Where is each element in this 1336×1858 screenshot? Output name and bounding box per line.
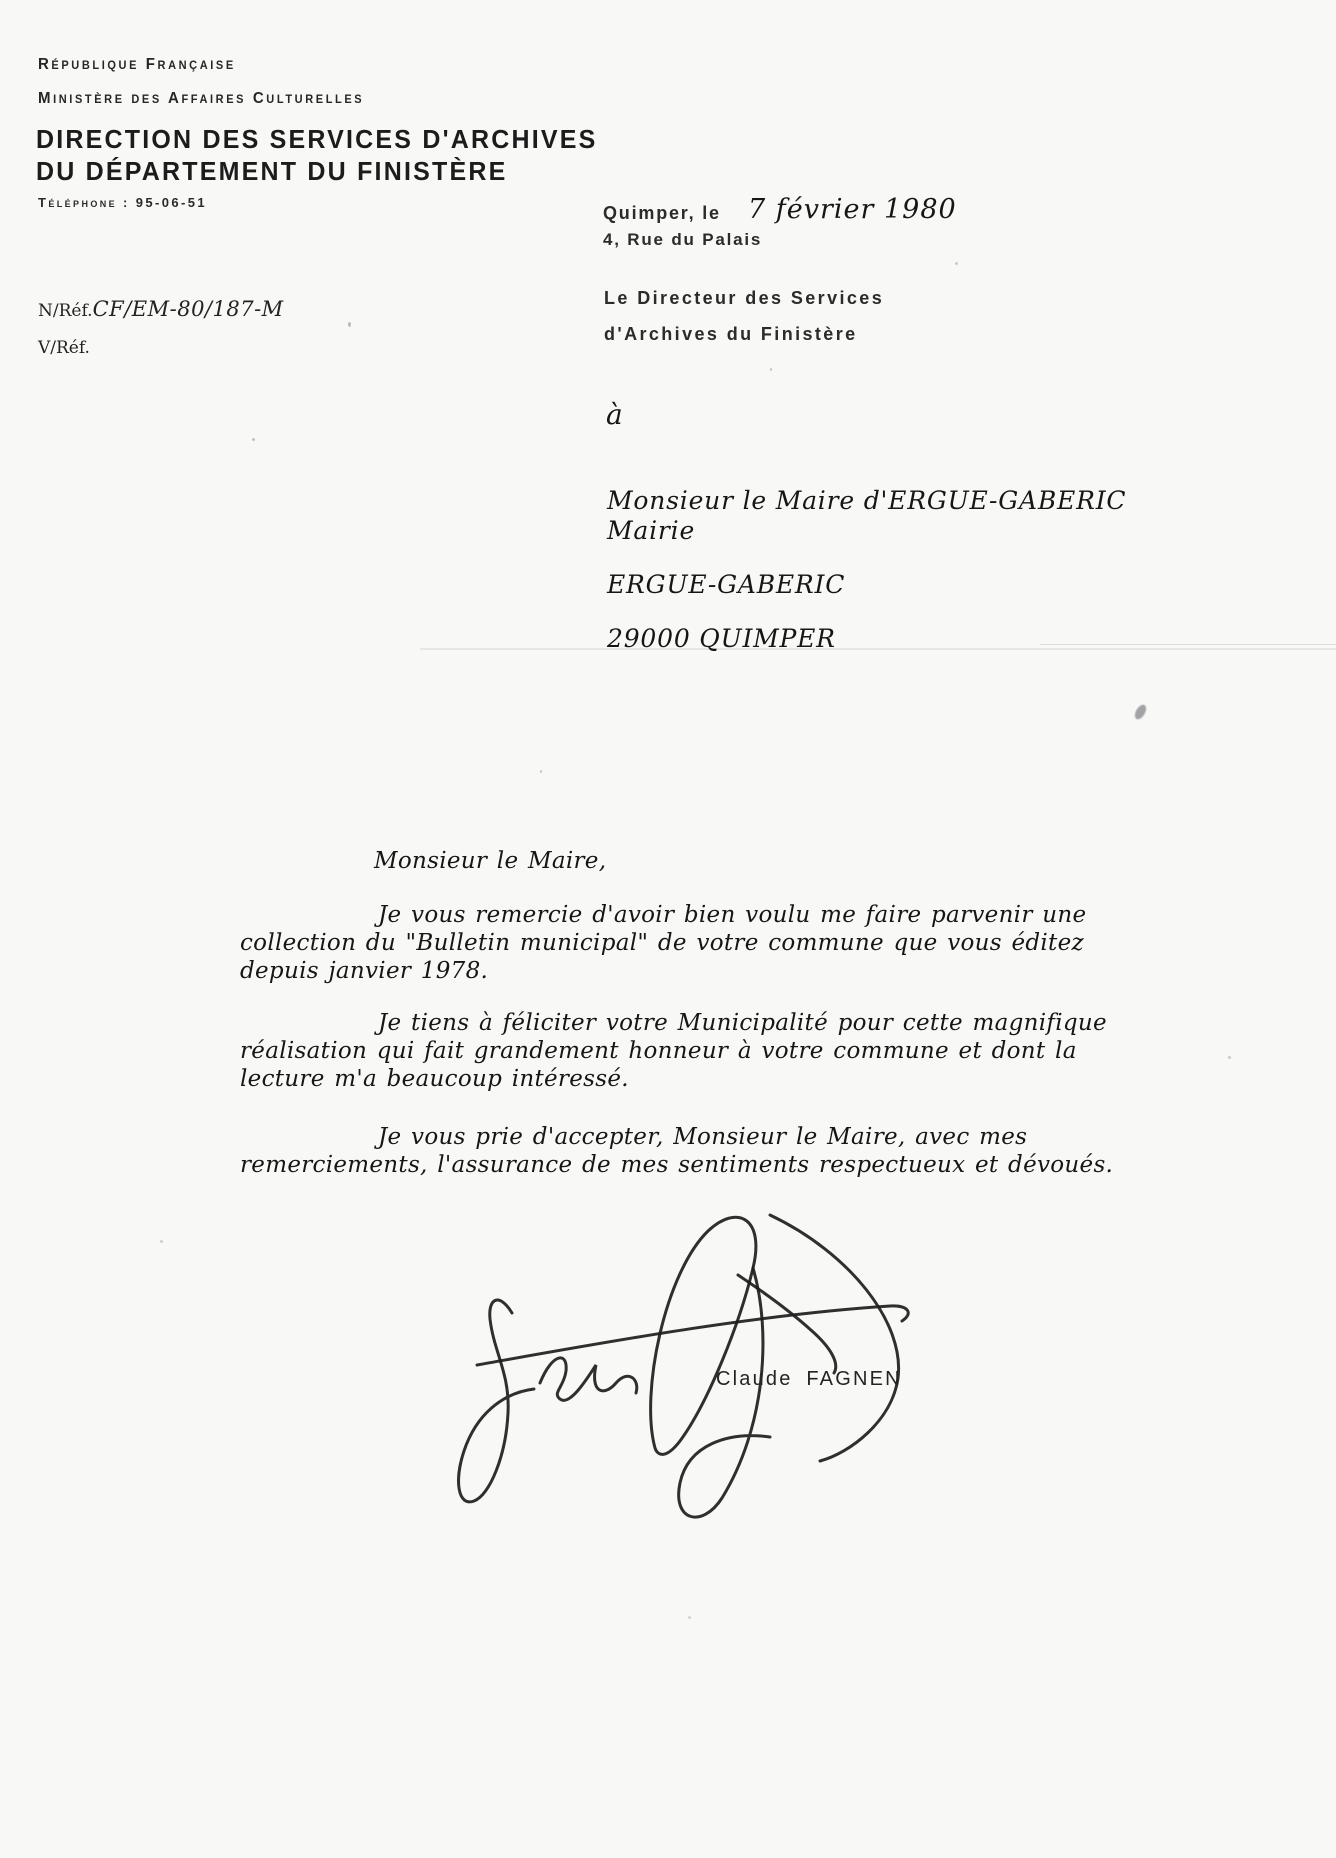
letterhead-phone: Téléphone : 95-06-51 <box>38 195 207 210</box>
paragraph1-line3: depuis janvier 1978. <box>240 958 488 984</box>
scan-line-artifact-2 <box>1040 644 1336 645</box>
recipient-line1: Monsieur le Maire d'ERGUE-GABERIC <box>607 486 1126 515</box>
speck-artifact-7 <box>160 1240 163 1243</box>
recipient-line4: 29000 QUIMPER <box>607 624 836 653</box>
speck-artifact-2 <box>252 438 255 441</box>
dateline-place: Quimper, le <box>603 203 721 224</box>
speck-artifact-4 <box>955 262 958 265</box>
paragraph3-line2: remerciements, l'assurance de mes sentim… <box>240 1152 1113 1178</box>
speck-artifact-3 <box>770 368 772 371</box>
sender-line2: d'Archives du Finistère <box>604 324 858 345</box>
letterhead-title-line2: DU DÉPARTEMENT DU FINISTÈRE <box>36 158 507 188</box>
speck-artifact-6 <box>1228 1056 1231 1059</box>
paragraph2-line1: Je tiens à féliciter votre Municipalité … <box>378 1010 1107 1036</box>
paragraph1-line1: Je vous remercie d'avoir bien voulu me f… <box>378 902 1086 928</box>
salutation: Monsieur le Maire, <box>374 848 606 874</box>
our-ref-label: N/Réf. <box>38 301 93 321</box>
handwritten-date: 7 février 1980 <box>748 194 957 225</box>
recipient-line2: Mairie <box>607 516 695 545</box>
paragraph1-line2: collection du "Bulletin municipal" de vo… <box>240 930 1084 956</box>
to-marker: à <box>606 398 623 431</box>
our-ref-line: N/Réf.CF/EM-80/187-M <box>38 297 284 321</box>
ink-smudge-artifact <box>1133 703 1149 721</box>
speck-artifact-1 <box>348 322 351 327</box>
scan-line-artifact <box>420 648 1336 650</box>
signatory-name: Claude FAGNEN <box>716 1368 902 1391</box>
speck-artifact-8 <box>688 1616 691 1619</box>
scanned-letter-page: République Française Ministère des Affai… <box>0 0 1336 1858</box>
sender-line1: Le Directeur des Services <box>604 288 884 309</box>
your-ref-label: V/Réf. <box>38 338 90 358</box>
recipient-line3: ERGUE-GABERIC <box>607 570 845 599</box>
letterhead-republic: République Française <box>38 56 236 74</box>
our-ref-value: CF/EM-80/187-M <box>93 297 284 321</box>
speck-artifact-5 <box>540 770 542 773</box>
letterhead-title-line1: DIRECTION DES SERVICES D'ARCHIVES <box>36 126 598 156</box>
letterhead-ministry: Ministère des Affaires Culturelles <box>38 90 364 108</box>
paragraph2-line2: réalisation qui fait grandement honneur … <box>240 1038 1077 1064</box>
dateline-street: 4, Rue du Palais <box>603 230 762 250</box>
paragraph3-line1: Je vous prie d'accepter, Monsieur le Mai… <box>378 1124 1027 1150</box>
paragraph2-line3: lecture m'a beaucoup intéressé. <box>240 1066 629 1092</box>
signature-scrawl-icon <box>450 1193 920 1523</box>
